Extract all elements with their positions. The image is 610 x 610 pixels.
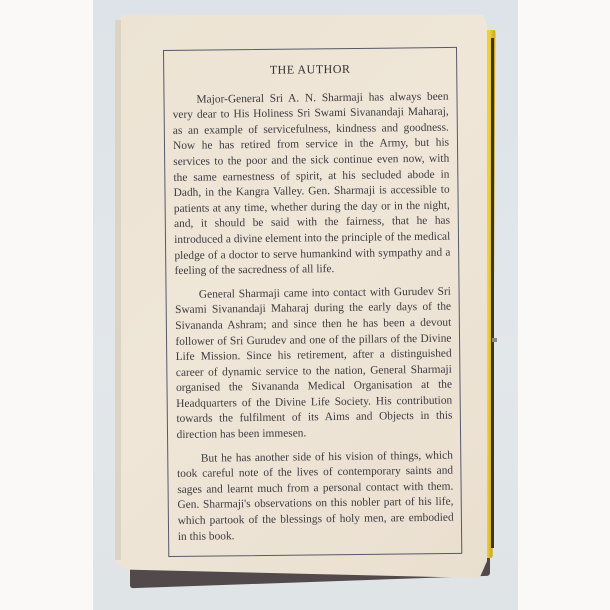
section-title: THE AUTHOR	[172, 61, 448, 80]
book-page-edge	[115, 20, 121, 560]
bio-paragraph-1: Major-General Sri A. N. Sharmaji has alw…	[172, 89, 450, 279]
binding-thread	[492, 338, 497, 342]
spine-edge	[491, 38, 494, 548]
author-text-block: THE AUTHOR Major-General Sri A. N. Sharm…	[172, 55, 454, 554]
bio-paragraph-2: General Sharmaji came into contact with …	[175, 284, 453, 443]
bio-paragraph-3: But he has another side of his vision of…	[177, 448, 454, 545]
